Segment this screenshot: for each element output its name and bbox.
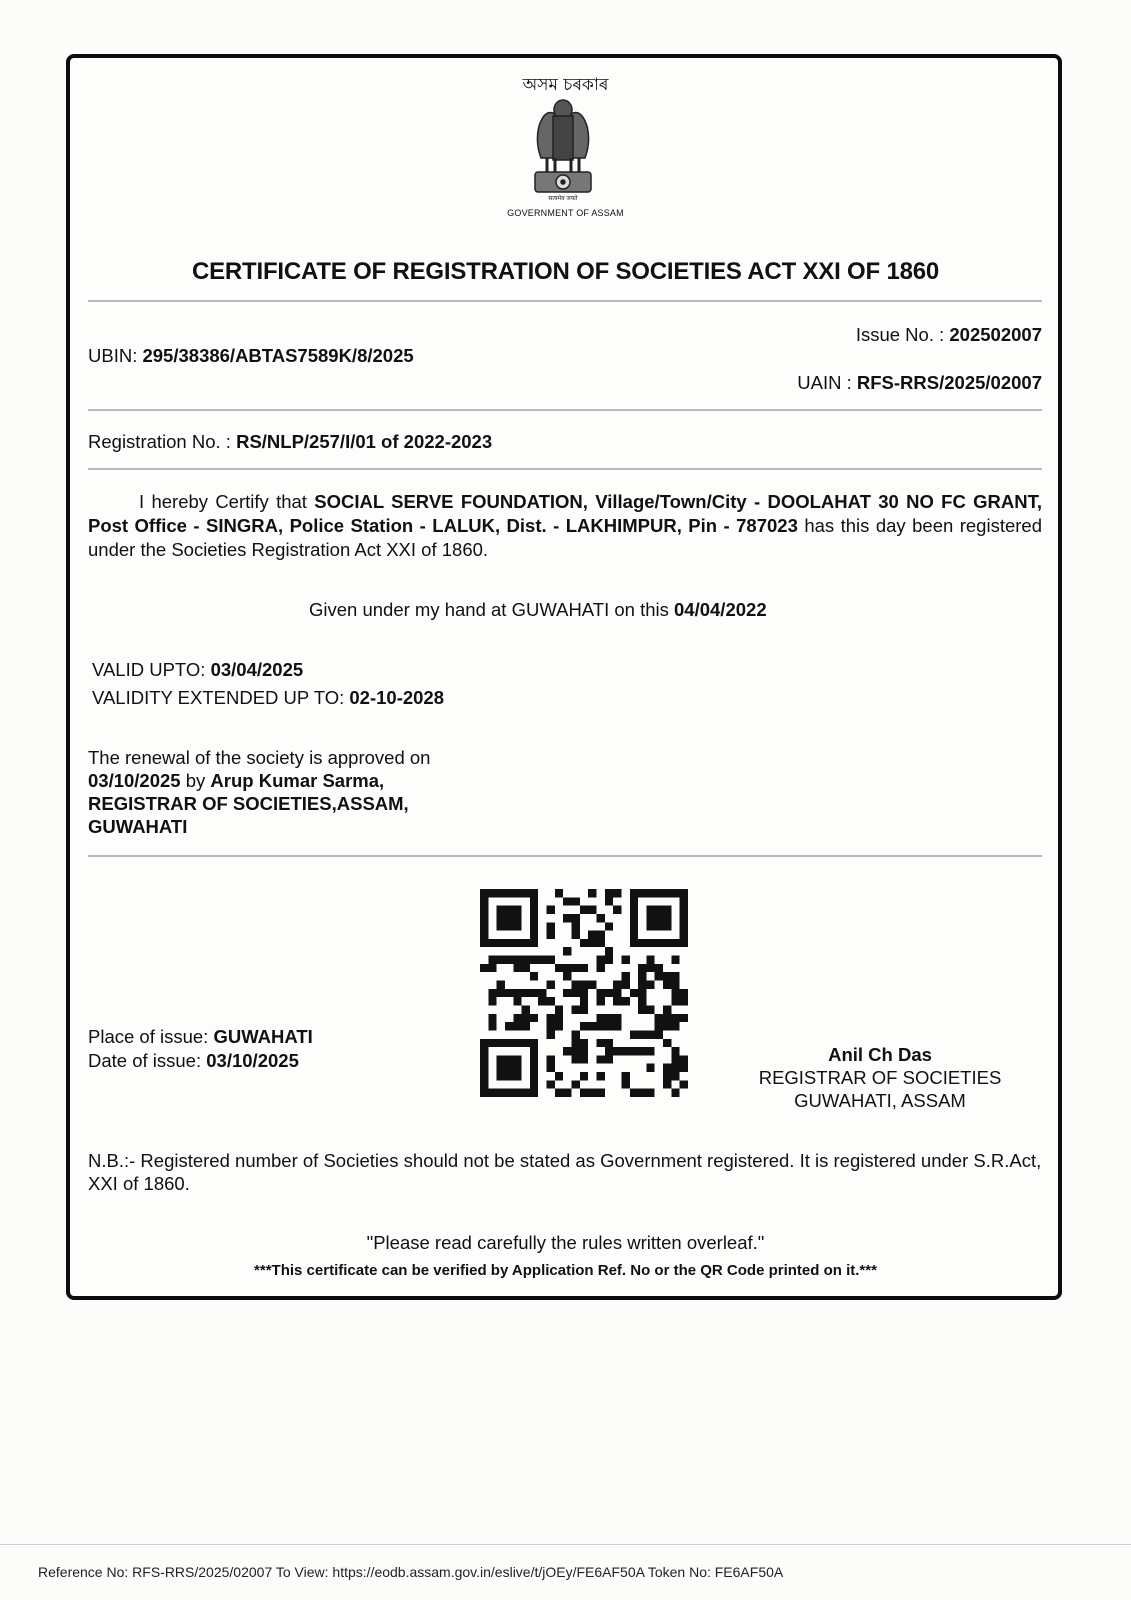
certification-paragraph: I hereby Certify that SOCIAL SERVE FOUND… [88,490,1042,562]
place-of-issue: Place of issue: GUWAHATI [88,1026,313,1048]
ubin-field: UBIN: 295/38386/ABTAS7589K/8/2025 [88,345,414,367]
signatory-name: Anil Ch Das [730,1043,1030,1066]
svg-text:सत्यमेव जयते: सत्यमेव जयते [548,194,578,202]
registration-number-field: Registration No. : RS/NLP/257/I/01 of 20… [88,431,492,453]
validity-extended: VALIDITY EXTENDED UP TO: 02-10-2028 [92,687,444,709]
signatory-block: Anil Ch Das REGISTRAR OF SOCIETIES GUWAH… [730,1043,1030,1112]
footer-reference: Reference No: RFS-RRS/2025/02007 To View… [38,1564,783,1580]
verification-note: ***This certificate can be verified by A… [0,1262,1131,1279]
divider [88,468,1042,470]
divider [88,855,1042,857]
given-date: 04/04/2022 [674,599,767,620]
state-emblem-icon: सत्यमेव जयते [525,96,601,202]
valid-upto: VALID UPTO: 03/04/2025 [92,659,303,681]
given-under-hand: Given under my hand at GUWAHATI on this … [309,599,767,621]
divider [88,409,1042,411]
divider [88,300,1042,302]
uain-field: UAIN : RFS-RRS/2025/02007 [797,372,1042,394]
signatory-designation: REGISTRAR OF SOCIETIES [730,1066,1030,1089]
footer-divider [0,1544,1131,1545]
government-label: GOVERNMENT OF ASSAM [0,208,1131,218]
issue-number-field: Issue No. : 202502007 [856,324,1042,346]
renewal-note: The renewal of the society is approved o… [88,746,458,838]
registration-number-value: RS/NLP/257/I/01 of 2022-2023 [236,431,492,452]
date-of-issue: Date of issue: 03/10/2025 [88,1050,299,1072]
signatory-location: GUWAHATI, ASSAM [730,1089,1030,1112]
qr-code-icon[interactable] [480,889,688,1097]
issue-number-value: 202502007 [949,324,1042,345]
ubin-value: 295/38386/ABTAS7589K/8/2025 [142,345,413,366]
uain-value: RFS-RRS/2025/02007 [857,372,1042,393]
please-read-note: "Please read carefully the rules written… [0,1232,1131,1254]
certificate-title: CERTIFICATE OF REGISTRATION OF SOCIETIES… [0,258,1131,286]
nb-note: N.B.:- Registered number of Societies sh… [88,1149,1042,1195]
